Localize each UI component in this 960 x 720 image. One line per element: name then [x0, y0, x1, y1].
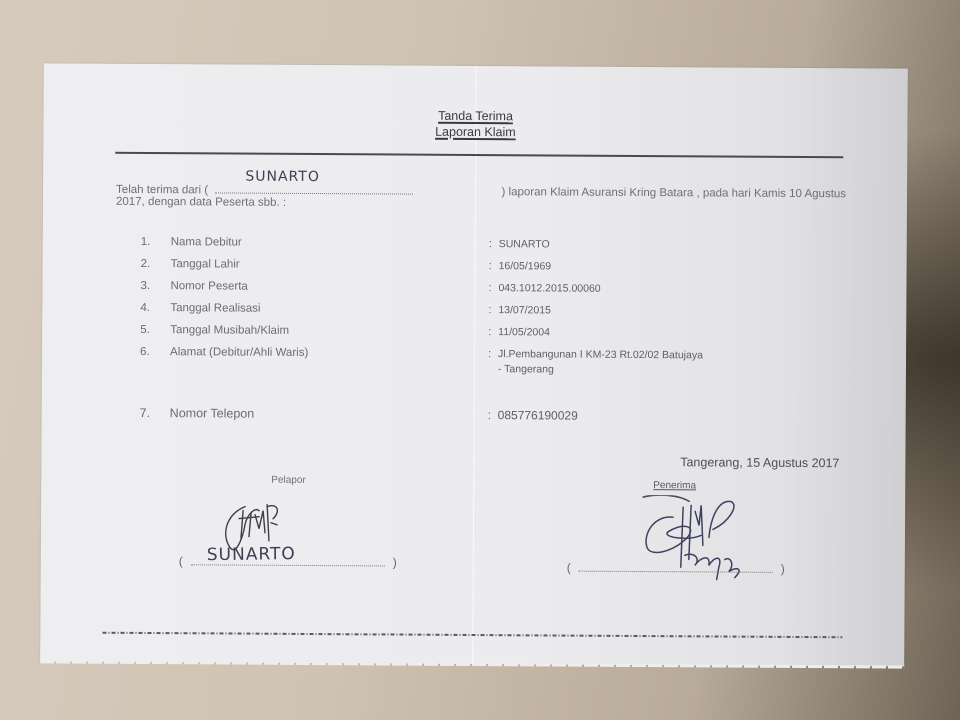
- intro-suffix: ) laporan Klaim Asuransi Kring Batara , …: [501, 186, 846, 200]
- title-line-2: Laporan Klaim: [435, 124, 516, 140]
- item-value: 043.1012.2015.00060: [498, 282, 600, 295]
- list-item: 6. Alamat (Debitur/Ahli Waris) : Jl.Pemb…: [136, 346, 796, 366]
- item-value: SUNARTO: [499, 238, 550, 250]
- item-label: Alamat (Debitur/Ahli Waris): [170, 346, 308, 359]
- list-item: 3. Nomor Peserta : 043.1012.2015.00060: [136, 280, 796, 300]
- place-and-date: Tangerang, 15 Agustus 2017: [680, 455, 839, 470]
- item-value: 085776190029: [498, 408, 578, 422]
- document-title: Tanda Terima Laporan Klaim: [43, 105, 907, 142]
- receiver-label: Penerima: [653, 480, 696, 491]
- item-label: Tanggal Musibah/Klaim: [170, 324, 289, 337]
- sender-name-field: SUNARTO: [215, 184, 413, 194]
- item-value: 13/07/2015: [498, 304, 551, 316]
- header-divider: [115, 152, 843, 158]
- item-label: Nomor Peserta: [170, 280, 247, 292]
- handwritten-sender-name: SUNARTO: [245, 171, 320, 183]
- list-item: 4. Tanggal Realisasi : 13/07/2015: [136, 302, 796, 322]
- title-line-1: Tanda Terima: [438, 108, 513, 124]
- item-label: Nomor Telepon: [170, 406, 255, 421]
- item-value: Jl.Pembangunan I KM-23 Rt.02/02 Batujaya: [498, 348, 703, 361]
- list-item: 7. Nomor Telepon : 085776190029: [136, 406, 796, 426]
- participant-data-list: 1. Nama Debitur : SUNARTO 2. Tanggal Lah…: [137, 236, 797, 240]
- intro-paragraph: Telah terima dari ( SUNARTO ) laporan Kl…: [116, 184, 846, 212]
- list-item: 2. Tanggal Lahir : 16/05/1969: [137, 258, 797, 278]
- item-value-line-2: - Tangerang: [498, 363, 554, 375]
- item-label: Tanggal Realisasi: [170, 302, 260, 315]
- reporter-label: Pelapor: [271, 475, 306, 486]
- item-label: Tanggal Lahir: [171, 258, 240, 270]
- intro-prefix: Telah terima dari (: [116, 184, 208, 197]
- item-label: Nama Debitur: [171, 236, 242, 248]
- list-item: 5. Tanggal Musibah/Klaim : 11/05/2004: [136, 324, 796, 344]
- handwritten-reporter-name: SUNARTO: [207, 544, 296, 565]
- receiver-name-line: ( ): [567, 561, 785, 576]
- item-value: 16/05/1969: [499, 260, 552, 272]
- list-item: 1. Nama Debitur : SUNARTO: [137, 236, 797, 256]
- receipt-document: Tanda Terima Laporan Klaim Telah terima …: [40, 63, 908, 666]
- item-value: 11/05/2004: [498, 326, 550, 338]
